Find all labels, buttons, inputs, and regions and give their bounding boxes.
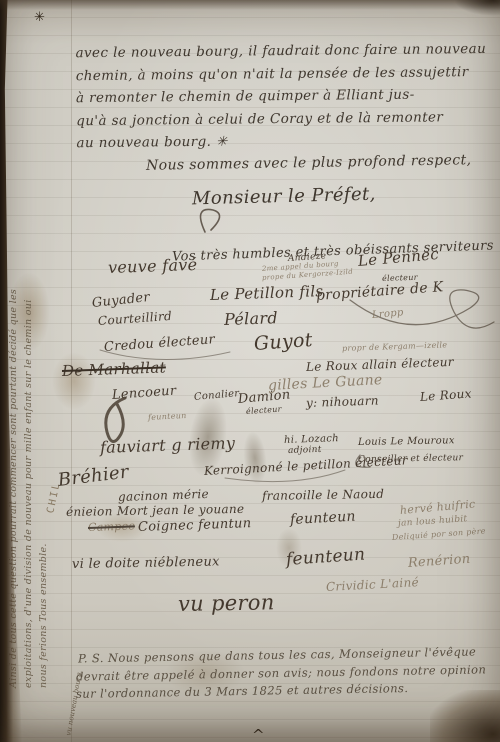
scanned-document-page: ✳ Ainsi de tous cette question pourrait … xyxy=(0,0,500,742)
signature: feunteun xyxy=(148,411,187,422)
signature: Bréhier xyxy=(57,461,130,491)
margin-note-line: exploitations, d'une division de nouveau… xyxy=(21,88,36,688)
asterisk-reference-mark: ✳ xyxy=(34,10,45,25)
signature: feunteun xyxy=(285,544,366,569)
signature: y: nihouarn xyxy=(306,393,379,410)
signature: Guyader xyxy=(91,290,150,311)
closing-respect-line: Nous sommes avec le plus profond respect… xyxy=(146,152,472,174)
signature: francoille le Naoud xyxy=(262,487,384,503)
signature: Campec xyxy=(88,519,135,534)
signature: Lropp xyxy=(372,307,405,321)
signature: Kerroignoné le petillon électeur xyxy=(204,453,408,478)
signature: vi le doite niébleneux xyxy=(72,554,220,572)
caret-mark: ^ xyxy=(252,726,265,742)
signature: propr de Kergam—izelle xyxy=(342,340,448,353)
postscript-line: P. S. Nous pensons que dans tous les cas… xyxy=(78,645,476,666)
signature: Renérion xyxy=(407,552,470,571)
signature: vu peron xyxy=(178,590,275,616)
signature: Pélard xyxy=(224,308,279,329)
postscript-line: devrait être appelé à donner son avis; n… xyxy=(76,662,486,683)
signature: Credou électeur xyxy=(103,332,215,355)
signature: De Marhallat xyxy=(62,358,166,380)
signature: hi. Lozach xyxy=(284,433,339,446)
body-line: chemin, à moins qu'on n'ait la pensée de… xyxy=(76,60,496,87)
scan-edge-top xyxy=(0,0,500,10)
signature: électeur xyxy=(246,405,282,416)
signature: Conalier xyxy=(194,388,240,403)
margin-note: Ainsi de tous cette question pourrait co… xyxy=(6,88,58,688)
scan-smudge-top-right xyxy=(454,0,500,16)
signature: Deliquié por son père xyxy=(392,526,486,542)
postscript-line: sur l'ordonnance du 3 Mars 1825 et autre… xyxy=(76,681,409,701)
signature: gilles Le Guane xyxy=(268,372,383,394)
signature: veuve favé xyxy=(108,255,198,277)
signature: Courteillird xyxy=(98,309,173,328)
scan-smudge-bottom-right xyxy=(430,690,500,742)
signature: Coignec feuntun xyxy=(138,516,252,535)
signature: feunteun xyxy=(290,509,357,528)
ink-stain xyxy=(241,431,268,485)
signature: Lencoeur xyxy=(111,384,176,403)
signature: Le Petillon fils xyxy=(210,282,324,304)
signature: Le Roux xyxy=(420,386,473,404)
signature: Guyot xyxy=(253,329,313,355)
margin-note-line: Ainsi de tous cette question pourrait co… xyxy=(6,88,21,688)
signature: jan lous huibit xyxy=(398,514,468,529)
salutation-line: Monsieur le Préfet, xyxy=(192,184,376,210)
signature: Crividic L'ainé xyxy=(326,575,420,594)
signature: fauviart g riemy xyxy=(100,433,236,457)
margin-note-line: nous ferions Tous ensemble. xyxy=(36,88,51,688)
signature: Louis Le Mouroux xyxy=(358,435,455,448)
body-line: au nouveau bourg. ✳ xyxy=(76,128,496,155)
letter-body-paragraph: avec le nouveau bourg, il faudrait donc … xyxy=(75,38,496,155)
signature: gacinon mérie xyxy=(118,487,209,504)
signature: propriétaire de K xyxy=(315,279,443,304)
signature: adjoint xyxy=(288,445,322,456)
